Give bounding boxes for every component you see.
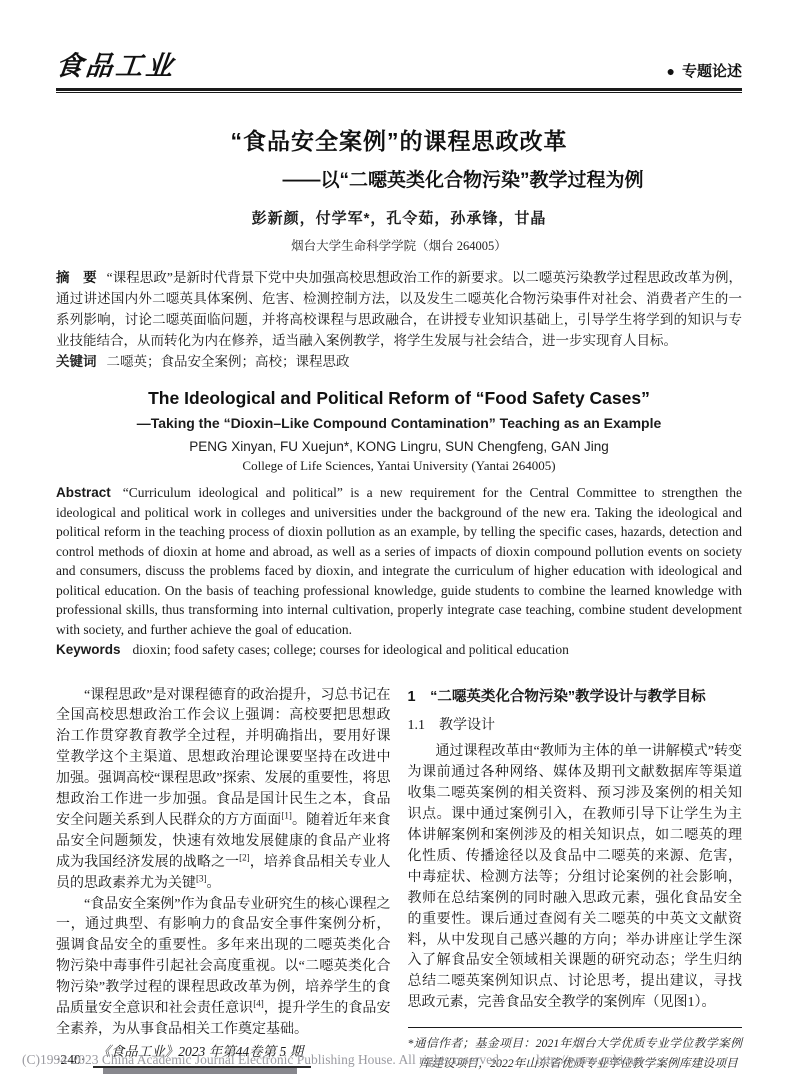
journal-logo: 食品工业	[54, 44, 178, 83]
paragraph: “食品安全案例”作为食品专业研究生的核心课程之一，通过典型、有影响力的食品安全事…	[56, 895, 391, 1041]
keywords-text: 二噁英；食品安全案例；高校；课程思政	[107, 354, 350, 369]
citation-ref: [2]	[239, 852, 250, 862]
journal-underline-bar	[103, 1068, 297, 1074]
article-title: “食品安全案例”的课程思政改革	[56, 123, 742, 156]
abstract-chinese: 摘 要“课程思政”是新时代背景下党中央加强高校思想政治工作的新要求。以二噁英污染…	[56, 267, 742, 351]
bullet-icon: ●	[667, 64, 675, 78]
section-label: ● 专题论述	[667, 60, 742, 83]
paragraph: 通过课程改革由“教师为主体的单一讲解模式”转变为课前通过各种网络、媒体及期刊文献…	[408, 742, 743, 1014]
body-columns: “课程思政”是对课程德育的政治提升，习总书记在全国高校思想政治工作会议上强调：高…	[56, 686, 742, 1074]
paper-page: 食品工业 ● 专题论述 “食品安全案例”的课程思政改革 ——以“二噁英类化合物污…	[0, 0, 794, 1078]
keywords-english-label: Keywords	[56, 642, 121, 657]
english-subtitle: —Taking the “Dioxin–Like Compound Contam…	[56, 415, 742, 431]
citation-ref: [3]	[196, 873, 207, 883]
english-title: The Ideological and Political Reform of …	[56, 388, 742, 409]
copyright-text: (C)1994-2023 China Academic Journal Elec…	[22, 1052, 502, 1068]
paragraph: “课程思政”是对课程德育的政治提升，习总书记在全国高校思想政治工作会议上强调：高…	[56, 686, 391, 895]
citation-ref: [4]	[253, 998, 264, 1008]
abstract-label: 摘 要	[56, 270, 97, 285]
article-subtitle: ——以“二噁英类化合物污染”教学过程为例	[56, 165, 742, 192]
header-divider	[56, 88, 742, 93]
keywords-label: 关键词	[56, 354, 97, 369]
keywords-chinese: 关键词二噁英；食品安全案例；高校；课程思政	[56, 351, 742, 372]
title-block: “食品安全案例”的课程思政改革 ——以“二噁英类化合物污染”教学过程为例 彭新颜…	[56, 123, 742, 254]
section-heading-1: 1 “二噁英类化合物污染”教学设计与教学目标	[408, 687, 743, 708]
page-header: 食品工业 ● 专题论述	[56, 0, 742, 83]
affiliation: 烟台大学生命科学学院（烟台 264005）	[56, 236, 742, 254]
left-column: “课程思政”是对课程德育的政治提升，习总书记在全国高校思想政治工作会议上强调：高…	[56, 686, 391, 1074]
authors: 彭新颜，付学军*，孔令茹，孙承锋，甘晶	[56, 207, 742, 228]
abstract-english-text: “Curriculum ideological and political” i…	[56, 485, 742, 637]
keywords-english-text: dioxin; food safety cases; college; cour…	[133, 642, 569, 657]
section-heading-1-1: 1.1 教学设计	[408, 716, 743, 737]
abstract-english-label: Abstract	[56, 485, 111, 500]
copyright-bar: (C)1994-2023 China Academic Journal Elec…	[22, 1052, 772, 1068]
cnki-link[interactable]: http://www.cnki.net	[536, 1052, 643, 1068]
abstract-english: Abstract“Curriculum ideological and poli…	[56, 483, 742, 639]
keywords-english: Keywordsdioxin; food safety cases; colle…	[56, 640, 742, 660]
section-label-text: 专题论述	[682, 60, 742, 81]
abstract-text: “课程思政”是新时代背景下党中央加强高校思想政治工作的新要求。以二噁英污染教学过…	[56, 270, 742, 348]
english-title-block: The Ideological and Political Reform of …	[56, 388, 742, 474]
english-authors: PENG Xinyan, FU Xuejun*, KONG Lingru, SU…	[56, 439, 742, 454]
english-affiliation: College of Life Sciences, Yantai Univers…	[56, 458, 742, 474]
right-column: 1 “二噁英类化合物污染”教学设计与教学目标 1.1 教学设计 通过课程改革由“…	[408, 686, 743, 1074]
citation-ref: [1]	[281, 810, 292, 820]
